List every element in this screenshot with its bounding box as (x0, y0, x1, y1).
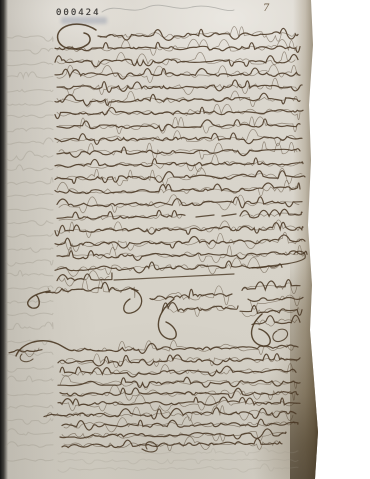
manuscript-page: 000424 7 (0, 0, 370, 479)
handwriting-layer (0, 0, 370, 479)
bleedthrough-bottom-band (58, 448, 298, 472)
handwriting-signatures (46, 279, 303, 326)
handwriting-paragraph2 (44, 340, 300, 450)
bleedthrough-left-margin (6, 36, 53, 461)
manuscript-scan: 000424 7 (0, 0, 370, 479)
handwriting-paragraph1 (55, 27, 307, 277)
